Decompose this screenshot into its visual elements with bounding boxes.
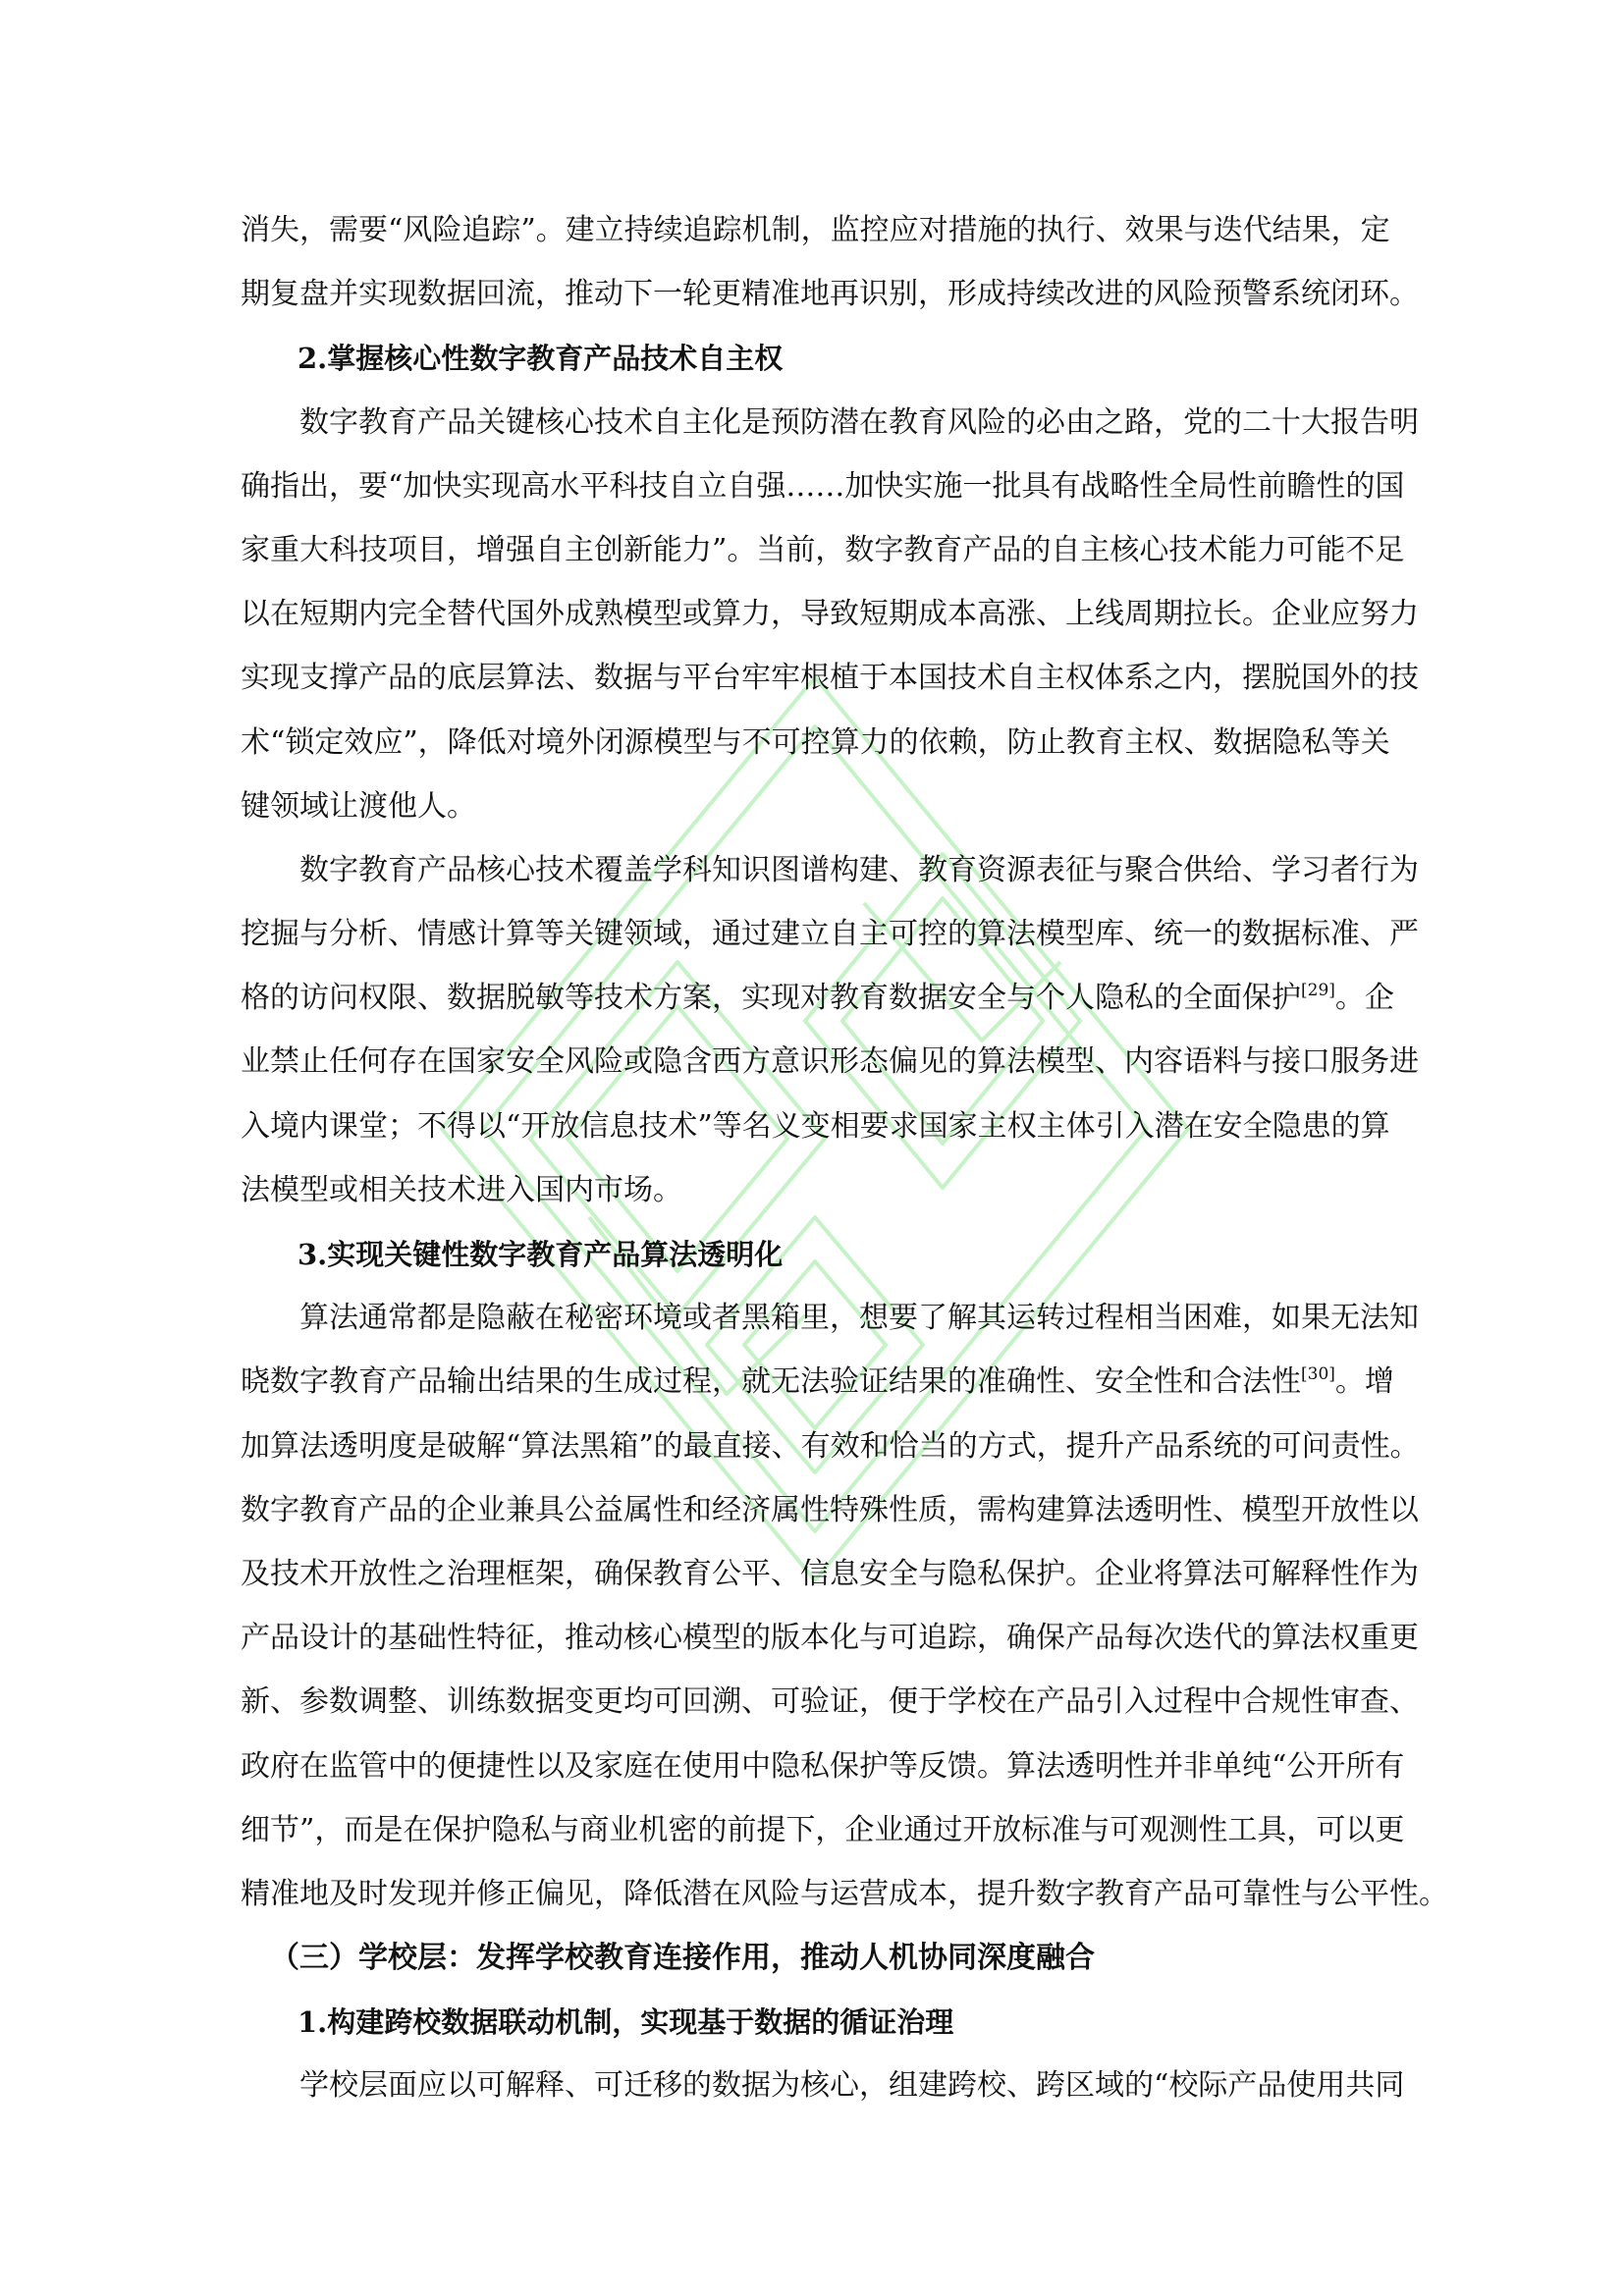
line-text-after: 。企: [1335, 981, 1394, 1015]
paragraph-line: 及技术开放性之治理框架，确保教育公平、信息安全与隐私保护。企业将算法可解释性作为: [241, 1546, 1381, 1610]
paragraph-line: 格的访问权限、数据脱敏等技术方案，实现对教育数据安全与个人隐私的全面保护[29]…: [241, 970, 1381, 1034]
document-page: 消失，需要“风险追踪”。建立持续追踪机制，监控应对措施的执行、效果与迭代结果，定…: [0, 0, 1624, 2296]
section-heading: 1.构建跨校数据联动机制，实现基于数据的循证治理: [241, 1994, 1381, 2057]
paragraph-line: 键领域让渡他人。: [241, 778, 1381, 842]
paragraph-line: 期复盘并实现数据回流，推动下一轮更精准地再识别，形成持续改进的风险预警系统闭环。: [241, 266, 1381, 330]
paragraph-line: 数字教育产品的企业兼具公益属性和经济属性特殊性质，需构建算法透明性、模型开放性以: [241, 1482, 1381, 1546]
paragraph-line: 消失，需要“风险追踪”。建立持续追踪机制，监控应对措施的执行、效果与迭代结果，定: [241, 202, 1381, 266]
paragraph-line: 产品设计的基础性特征，推动核心模型的版本化与可追踪，确保产品每次迭代的算法权重更: [241, 1610, 1381, 1674]
paragraph-line: 精准地及时发现并修正偏见，降低潜在风险与运营成本，提升数字教育产品可靠性与公平性…: [241, 1866, 1381, 1930]
paragraph-line: 算法通常都是隐蔽在秘密环境或者黑箱里，想要了解其运转过程相当困难，如果无法知: [241, 1290, 1381, 1354]
paragraph-line: 数字教育产品关键核心技术自主化是预防潜在教育风险的必由之路，党的二十大报告明: [241, 395, 1381, 458]
line-text: 格的访问权限、数据脱敏等技术方案，实现对教育数据安全与个人隐私的全面保护: [241, 981, 1301, 1015]
paragraph-line: 挖掘与分析、情感计算等关键领域，通过建立自主可控的算法模型库、统一的数据标准、严: [241, 906, 1381, 970]
paragraph-line: 学校层面应以可解释、可迁移的数据为核心，组建跨校、跨区域的“校际产品使用共同: [241, 2057, 1381, 2121]
chapter-heading: （三）学校层：发挥学校教育连接作用，推动人机协同深度融合: [241, 1930, 1381, 1994]
document-body: 消失，需要“风险追踪”。建立持续追踪机制，监控应对措施的执行、效果与迭代结果，定…: [241, 202, 1381, 2122]
paragraph-line: 术“锁定效应”，降低对境外闭源模型与不可控算力的依赖，防止教育主权、数据隐私等关: [241, 715, 1381, 778]
line-text: 晓数字教育产品输出结果的生成过程，就无法验证结果的准确性、安全性和合法性: [241, 1364, 1301, 1399]
section-heading: 3.实现关键性数字教育产品算法透明化: [241, 1226, 1381, 1290]
paragraph-line: 加算法透明度是破解“算法黑箱”的最直接、有效和恰当的方式，提升产品系统的可问责性…: [241, 1418, 1381, 1482]
citation-29[interactable]: [29]: [1301, 981, 1335, 1000]
paragraph-line: 新、参数调整、训练数据变更均可回溯、可验证，便于学校在产品引入过程中合规性审查、: [241, 1674, 1381, 1737]
paragraph-line: 入境内课堂；不得以“开放信息技术”等名义变相要求国家主权主体引入潜在安全隐患的算: [241, 1098, 1381, 1162]
paragraph-line: 政府在监管中的便捷性以及家庭在使用中隐私保护等反馈。算法透明性并非单纯“公开所有: [241, 1738, 1381, 1802]
paragraph-line: 晓数字教育产品输出结果的生成过程，就无法验证结果的准确性、安全性和合法性[30]…: [241, 1354, 1381, 1417]
citation-30[interactable]: [30]: [1301, 1364, 1335, 1384]
paragraph-line: 家重大科技项目，增强自主创新能力”。当前，数字教育产品的自主核心技术能力可能不足: [241, 522, 1381, 586]
paragraph-line: 法模型或相关技术进入国内市场。: [241, 1162, 1381, 1226]
paragraph-line: 业禁止任何存在国家安全风险或隐含西方意识形态偏见的算法模型、内容语料与接口服务进: [241, 1034, 1381, 1097]
paragraph-line: 以在短期内完全替代国外成熟模型或算力，导致短期成本高涨、上线周期拉长。企业应努力: [241, 586, 1381, 650]
section-heading: 2.掌握核心性数字教育产品技术自主权: [241, 330, 1381, 394]
paragraph-line: 数字教育产品核心技术覆盖学科知识图谱构建、教育资源表征与聚合供给、学习者行为: [241, 842, 1381, 906]
paragraph-line: 细节”，而是在保护隐私与商业机密的前提下，企业通过开放标准与可观测性工具，可以更: [241, 1802, 1381, 1866]
line-text-after: 。增: [1335, 1364, 1394, 1399]
paragraph-line: 确指出，要“加快实现高水平科技自立自强……加快实施一批具有战略性全局性前瞻性的国: [241, 458, 1381, 522]
paragraph-line: 实现支撑产品的底层算法、数据与平台牢牢根植于本国技术自主权体系之内，摆脱国外的技: [241, 650, 1381, 714]
